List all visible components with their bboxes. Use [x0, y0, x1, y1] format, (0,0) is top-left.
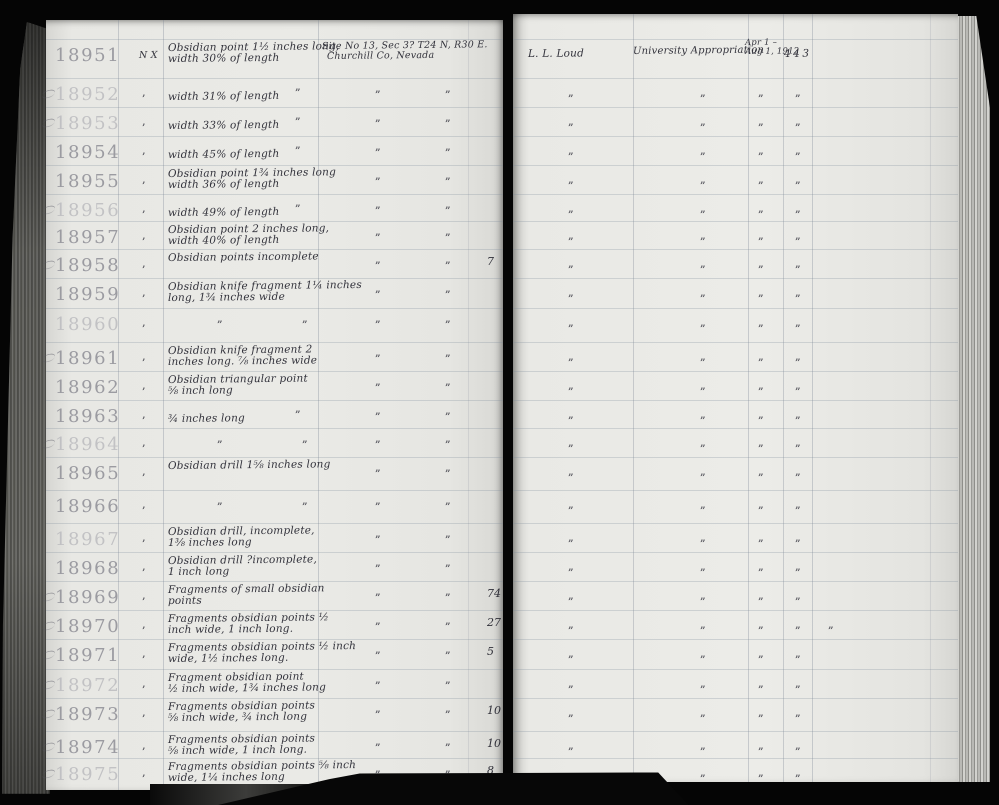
ditto-mark: „: [795, 560, 800, 573]
ditto-mark: „: [758, 739, 763, 752]
item-description: long, 1¾ inches wide: [168, 291, 285, 304]
ditto-mark: ‚: [142, 677, 145, 690]
item-count: 74: [487, 587, 501, 600]
ditto-mark: ‚: [142, 257, 145, 270]
ditto-mark: „: [568, 202, 573, 215]
row-rule: [46, 249, 503, 250]
ditto-mark: „: [375, 702, 380, 715]
ledger-row: 18952‚„width 31% of length„„: [46, 84, 503, 113]
ditto-mark: „: [700, 316, 705, 329]
ditto-mark: „: [295, 196, 300, 209]
ditto-mark: „: [700, 531, 705, 544]
column-rule: [783, 14, 784, 782]
ditto-mark: „: [700, 257, 705, 270]
ledger-row: 18965‚Obsidian drill 1⅝ inches long„„: [46, 463, 503, 496]
item-description: width 30% of length: [168, 52, 280, 65]
ditto-mark: „: [700, 739, 705, 752]
row-rule: [513, 107, 958, 108]
ditto-mark: „: [795, 647, 800, 660]
ditto-mark: „: [445, 169, 450, 182]
ledger-row: 18955‚Obsidian point 1¾ inches longwidth…: [46, 171, 503, 200]
ditto-mark: „: [758, 144, 763, 157]
row-rule: [513, 457, 958, 458]
row-rule: [46, 490, 503, 491]
catalog-number: 18961: [55, 348, 120, 369]
ditto-mark: „: [700, 202, 705, 215]
row-rule: [46, 136, 503, 137]
ditto-mark: „: [758, 677, 763, 690]
scanned-ledger-photo: 18951N XObsidian point 1½ inches long,wi…: [0, 0, 999, 805]
row-rule: [513, 249, 958, 250]
catalog-number: 18953: [55, 113, 120, 134]
ditto-mark: „: [700, 350, 705, 363]
ditto-mark: „: [795, 739, 800, 752]
row-rule: [513, 371, 958, 372]
ledger-row: „„„„: [513, 379, 958, 391]
ditto-mark: „: [445, 312, 450, 325]
book-leaf-edges-right: [954, 16, 990, 782]
ledger-row: „„„„: [513, 173, 958, 185]
ledger-row: „„„„: [513, 465, 958, 477]
ditto-mark: „: [375, 432, 380, 445]
column-rule: [633, 14, 634, 782]
ditto-mark: „: [795, 86, 800, 99]
ditto-mark: „: [795, 436, 800, 449]
item-description: Obsidian points incomplete: [168, 250, 319, 264]
ditto-mark: „: [700, 465, 705, 478]
ledger-row: „„„„: [513, 498, 958, 510]
ditto-mark: „: [795, 531, 800, 544]
ditto-mark: „: [568, 286, 573, 299]
row-rule: [46, 400, 503, 401]
row-rule: [513, 731, 958, 732]
ditto-mark: „: [758, 257, 763, 270]
ditto-mark: „: [375, 762, 380, 775]
book-leaf-edges-left-shade: [2, 22, 50, 794]
catalog-number: 18964: [55, 434, 120, 455]
catalog-number: 18957: [55, 227, 120, 248]
ditto-mark: „: [445, 585, 450, 598]
collector-name: L. L. Loud: [528, 47, 584, 60]
row-rule: [513, 669, 958, 670]
row-rule: [46, 39, 503, 40]
ditto-mark: „: [758, 560, 763, 573]
row-rule: [46, 107, 503, 108]
ditto-mark: „: [445, 673, 450, 686]
ditto-mark: „: [302, 432, 307, 445]
ditto-mark: „: [758, 589, 763, 602]
ditto-mark: „: [295, 402, 300, 415]
ditto-mark: „: [568, 350, 573, 363]
catalog-number: 18965: [55, 463, 120, 484]
item-count: 7: [487, 255, 494, 268]
column-rule: [812, 14, 813, 782]
catalog-number: 18970: [55, 616, 120, 637]
catalog-number: 18958: [55, 255, 120, 276]
ditto-mark: „: [445, 735, 450, 748]
ledger-row: „„„„: [513, 647, 958, 659]
ditto-mark: „: [795, 498, 800, 511]
ditto-mark: ‚: [142, 173, 145, 186]
ledger-row: „„„„: [513, 706, 958, 718]
ledger-row: „„„„: [513, 316, 958, 328]
row-rule: [46, 457, 503, 458]
item-description: points: [168, 595, 202, 607]
ditto-mark: „: [295, 80, 300, 93]
row-rule: [513, 136, 958, 137]
ditto-mark: „: [795, 465, 800, 478]
ditto-mark: „: [375, 169, 380, 182]
row-rule: [513, 581, 958, 582]
catalog-number: 18973: [55, 704, 120, 725]
ditto-mark: „: [375, 346, 380, 359]
catalog-number: 18966: [55, 496, 120, 517]
row-rule: [46, 610, 503, 611]
row-rule: [513, 308, 958, 309]
ditto-mark: „: [445, 404, 450, 417]
ditto-mark: „: [795, 257, 800, 270]
ditto-mark: ‚: [142, 739, 145, 752]
ditto-mark: „: [295, 138, 300, 151]
ditto-mark: „: [700, 115, 705, 128]
ditto-mark: „: [758, 202, 763, 215]
catalog-number: 18956: [55, 200, 120, 221]
ditto-mark: „: [445, 82, 450, 95]
ditto-mark: „: [758, 408, 763, 421]
ditto-mark: „: [375, 198, 380, 211]
ditto-mark: „: [568, 408, 573, 421]
ditto-mark: ‚: [142, 202, 145, 215]
ditto-mark: „: [568, 706, 573, 719]
ditto-mark: „: [700, 436, 705, 449]
catalog-number: 18974: [55, 737, 120, 758]
ditto-mark: „: [758, 173, 763, 186]
row-rule: [513, 552, 958, 553]
ditto-mark: „: [375, 375, 380, 388]
ditto-mark: „: [375, 253, 380, 266]
item-count: 5: [487, 645, 494, 658]
row-rule: [513, 221, 958, 222]
row-rule: [46, 428, 503, 429]
catalog-number: 18955: [55, 171, 120, 192]
item-description: Obsidian drill 1⅝ inches long: [168, 458, 331, 472]
row-rule: [46, 194, 503, 195]
item-description: wide, 1¼ inches long: [168, 771, 285, 784]
ditto-mark: ‚: [142, 436, 145, 449]
ditto-mark: ‚: [142, 560, 145, 573]
catalog-number: 18951: [55, 45, 120, 66]
row-rule: [513, 610, 958, 611]
ditto-mark: „: [700, 86, 705, 99]
row-rule: [46, 581, 503, 582]
catalog-number: 18959: [55, 284, 120, 305]
ditto-mark: „: [758, 531, 763, 544]
item-description: wide, 1½ inches long.: [168, 652, 289, 665]
column-rule: [930, 14, 931, 782]
item-description: 1⅜ inches long: [168, 536, 252, 549]
ledger-row: „„„„„: [513, 618, 958, 630]
ditto-mark: „: [700, 560, 705, 573]
row-rule: [46, 731, 503, 732]
ditto-mark: „: [375, 111, 380, 124]
row-rule: [513, 78, 958, 79]
ditto-mark: „: [445, 253, 450, 266]
ditto-mark: „: [758, 618, 763, 631]
ditto-mark: ‚: [142, 144, 145, 157]
ditto-mark: „: [568, 677, 573, 690]
ditto-mark: „: [700, 677, 705, 690]
row-rule: [46, 758, 503, 759]
ditto-mark: „: [568, 257, 573, 270]
ledger-left-page: 18951N XObsidian point 1½ inches long,wi…: [46, 20, 503, 790]
ditto-mark: „: [568, 498, 573, 511]
ditto-mark: „: [758, 115, 763, 128]
ditto-mark: „: [295, 109, 300, 122]
ditto-mark: „: [795, 115, 800, 128]
ditto-mark: „: [795, 173, 800, 186]
catalog-number: 18967: [55, 529, 120, 550]
ledger-row: „„„„: [513, 350, 958, 362]
row-rule: [513, 698, 958, 699]
ditto-mark: „: [700, 647, 705, 660]
ditto-mark: ‚: [142, 229, 145, 242]
row-rule: [513, 278, 958, 279]
ditto-mark: „: [700, 706, 705, 719]
ditto-mark: ‚: [142, 408, 145, 421]
ditto-mark: „: [700, 173, 705, 186]
row-rule: [513, 165, 958, 166]
ditto-mark: „: [375, 404, 380, 417]
item-description: width 49% of length: [168, 206, 280, 219]
row-rule: [513, 400, 958, 401]
ledger-row: „„„„: [513, 115, 958, 127]
ditto-mark: „: [700, 766, 705, 779]
ditto-mark: ‚: [142, 589, 145, 602]
item-description: ⅝ inch long: [168, 384, 233, 397]
ditto-mark: „: [375, 585, 380, 598]
ditto-mark: „: [568, 589, 573, 602]
ditto-mark: „: [375, 312, 380, 325]
ditto-mark: „: [568, 647, 573, 660]
ditto-mark: „: [445, 461, 450, 474]
item-count: 27: [487, 616, 501, 629]
row-rule: [46, 552, 503, 553]
ditto-mark: ‚: [142, 379, 145, 392]
item-description: width 45% of length: [168, 148, 280, 161]
row-rule: [46, 669, 503, 670]
ditto-mark: ‚: [142, 286, 145, 299]
ditto-mark: „: [375, 461, 380, 474]
item-count: 10: [487, 737, 501, 750]
ditto-mark: „: [375, 494, 380, 507]
catalog-number: 18962: [55, 377, 120, 398]
ditto-mark: ‚: [142, 86, 145, 99]
ditto-mark: „: [445, 494, 450, 507]
item-description: ⅝ inch wide, ¾ inch long: [168, 711, 307, 724]
ledger-row: „„„„: [513, 286, 958, 298]
ditto-mark: „: [302, 312, 307, 325]
ditto-mark: „: [700, 229, 705, 242]
ditto-mark: ‚: [142, 498, 145, 511]
ditto-mark: „: [795, 589, 800, 602]
ditto-mark: „: [568, 173, 573, 186]
catalog-number: 18954: [55, 142, 120, 163]
ditto-mark: ‚: [142, 465, 145, 478]
ditto-mark: „: [795, 379, 800, 392]
item-description: inch wide, 1 inch long.: [168, 623, 293, 636]
ditto-mark: ‚: [142, 316, 145, 329]
ditto-mark: „: [445, 762, 450, 775]
row-rule: [513, 428, 958, 429]
ditto-mark: „: [700, 498, 705, 511]
catalog-number: 18968: [55, 558, 120, 579]
row-rule: [46, 221, 503, 222]
ditto-mark: „: [700, 286, 705, 299]
ditto-mark: „: [445, 282, 450, 295]
item-description: width 36% of length: [168, 178, 280, 191]
ditto-mark: „: [700, 379, 705, 392]
row-rule: [46, 278, 503, 279]
row-rule: [46, 523, 503, 524]
ditto-mark: „: [375, 140, 380, 153]
catalog-number: 18971: [55, 645, 120, 666]
row-rule: [513, 490, 958, 491]
ditto-mark: „: [568, 465, 573, 478]
ledger-row: 18963‚„¾ inches long„„: [46, 406, 503, 434]
row-rule: [513, 639, 958, 640]
ditto-mark: „: [568, 379, 573, 392]
ditto-mark: ‚: [142, 618, 145, 631]
row-rule: [513, 758, 958, 759]
ditto-mark: ‚: [142, 115, 145, 128]
ditto-mark: „: [375, 673, 380, 686]
item-description: width 40% of length: [168, 234, 280, 247]
item-description: inches long. ⅞ inches wide: [168, 354, 317, 368]
ditto-mark: „: [568, 115, 573, 128]
ditto-mark: „: [445, 614, 450, 627]
ditto-mark: „: [445, 556, 450, 569]
catalog-number: 18975: [55, 764, 120, 785]
ditto-mark: „: [445, 702, 450, 715]
ditto-mark: „: [568, 316, 573, 329]
ditto-mark: „: [795, 618, 800, 631]
ditto-mark: „: [795, 408, 800, 421]
ditto-mark: „: [758, 436, 763, 449]
item-description: ½ inch wide, 1¾ inches long: [168, 681, 326, 695]
ledger-right-page: L. L. Loud University Appropriation Apr …: [513, 14, 958, 782]
ledger-row: „„„„: [513, 589, 958, 601]
ditto-mark: „: [568, 144, 573, 157]
ledger-row: „„„„: [513, 560, 958, 572]
ditto-mark: „: [568, 739, 573, 752]
ditto-mark: „: [217, 494, 222, 507]
ditto-mark: „: [445, 527, 450, 540]
catalog-number: 18972: [55, 675, 120, 696]
ditto-mark: „: [700, 589, 705, 602]
locality: Churchill Co, Nevada: [327, 50, 434, 62]
ditto-mark: „: [700, 408, 705, 421]
item-description: width 33% of length: [168, 119, 280, 132]
ditto-mark: „: [375, 556, 380, 569]
ditto-mark: „: [217, 312, 222, 325]
ledger-row: „„„„: [513, 531, 958, 543]
ditto-mark: „: [375, 735, 380, 748]
ditto-mark: „: [700, 144, 705, 157]
ditto-mark: „: [445, 432, 450, 445]
ditto-mark: „: [795, 144, 800, 157]
ledger-row: „„„„: [513, 202, 958, 214]
row-rule: [46, 342, 503, 343]
ditto-mark: „: [375, 282, 380, 295]
ditto-mark: „: [445, 346, 450, 359]
ditto-mark: „: [795, 316, 800, 329]
ditto-mark: „: [375, 643, 380, 656]
ditto-mark: „: [758, 379, 763, 392]
ledger-row: „„„„: [513, 677, 958, 689]
collector-mark: N X: [139, 50, 158, 61]
ditto-mark: „: [758, 465, 763, 478]
catalog-number: 18969: [55, 587, 120, 608]
ditto-mark: „: [445, 375, 450, 388]
ledger-row: „„„„: [513, 86, 958, 98]
ditto-mark: „: [758, 350, 763, 363]
catalog-number: 18960: [55, 314, 120, 335]
item-description: ⅝ inch wide, 1 inch long.: [168, 744, 307, 757]
row-rule: [46, 165, 503, 166]
ditto-mark: „: [568, 229, 573, 242]
ditto-mark: „: [217, 432, 222, 445]
ditto-mark: „: [568, 86, 573, 99]
ditto-mark: „: [445, 140, 450, 153]
ditto-mark: ‚: [142, 706, 145, 719]
ledger-row: „„„„: [513, 144, 958, 156]
ditto-mark: „: [445, 198, 450, 211]
ditto-mark: ‚: [142, 350, 145, 363]
ditto-mark: „: [758, 647, 763, 660]
ditto-mark: „: [758, 498, 763, 511]
row-rule: [46, 371, 503, 372]
ditto-mark: „: [758, 316, 763, 329]
ditto-mark: „: [302, 494, 307, 507]
ledger-row: 18962‚Obsidian triangular point⅝ inch lo…: [46, 377, 503, 406]
ditto-mark: „: [568, 618, 573, 631]
row-rule: [513, 194, 958, 195]
item-description: 1 inch long: [168, 565, 230, 578]
row-rule: [513, 39, 958, 40]
ledger-row: 18953‚„width 33% of length„„: [46, 113, 503, 142]
item-description: ¾ inches long: [168, 412, 245, 425]
ditto-mark: „: [758, 229, 763, 242]
ditto-mark: ‚: [142, 531, 145, 544]
ditto-mark: „: [795, 286, 800, 299]
ledger-row: „„„„: [513, 436, 958, 448]
catalog-number: 18952: [55, 84, 120, 105]
ditto-mark: „: [758, 86, 763, 99]
ditto-mark: „: [568, 436, 573, 449]
row-rule: [513, 342, 958, 343]
ditto-mark: „: [758, 286, 763, 299]
row-rule: [46, 78, 503, 79]
ledger-row: „„„„: [513, 257, 958, 269]
ledger-row: „„„„: [513, 229, 958, 241]
ditto-mark: „: [758, 766, 763, 779]
ledger-row: 18959‚Obsidian knife fragment 1¼ inchesl…: [46, 284, 503, 314]
ditto-mark: „: [795, 350, 800, 363]
catalog-number: 18963: [55, 406, 120, 427]
ledger-row: „„„„: [513, 408, 958, 420]
ditto-mark: „: [375, 225, 380, 238]
ledger-row: „„„„: [513, 739, 958, 751]
